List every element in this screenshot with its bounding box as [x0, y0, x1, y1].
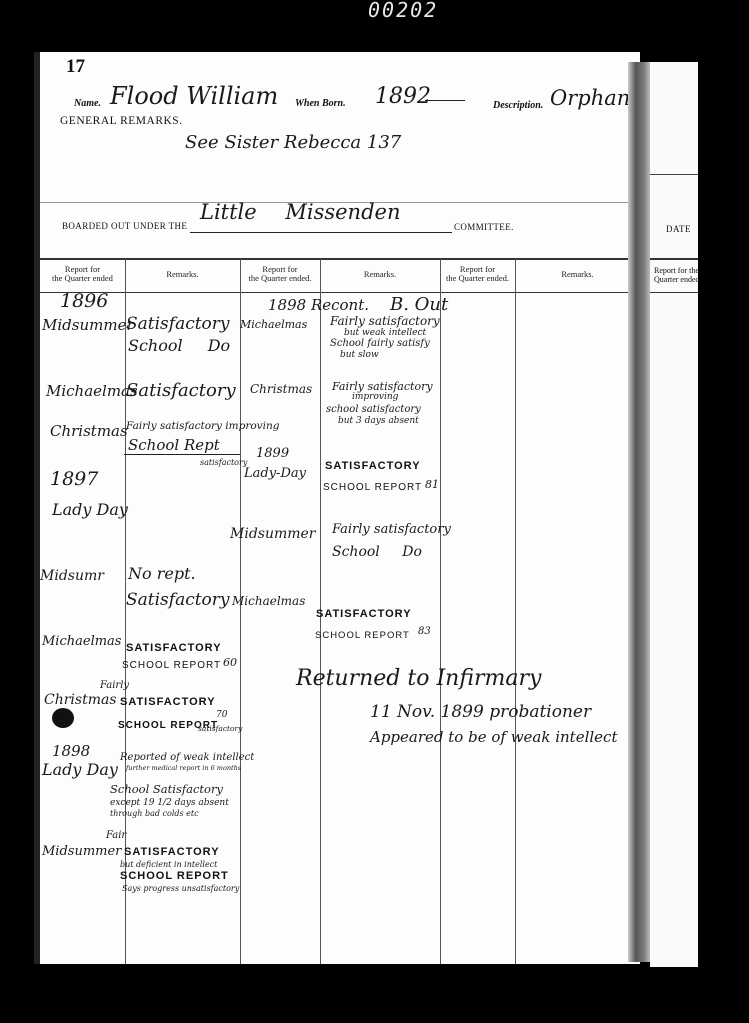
quarter-entry: Midsummer — [42, 844, 121, 859]
quarter-entry: Midsummer — [42, 316, 134, 334]
table-header-rule — [40, 292, 640, 293]
quarter-entry: Midsummer — [230, 526, 316, 542]
quarter-entry: Midsumr — [40, 568, 104, 584]
school-mark: 60 — [223, 656, 237, 669]
header-quarter-3: Report forthe Quarter ended. — [440, 265, 515, 283]
stamp-satisfactory: SATISFACTORY — [325, 460, 421, 472]
remark-entry: through bad colds etc — [110, 809, 199, 818]
book-gutter — [628, 62, 650, 962]
remark-entry: Fairly satisfactory — [330, 314, 440, 328]
remark-entry: School fairly satisfy — [330, 338, 430, 349]
stamp-school-report: SCHOOL REPORT — [122, 660, 221, 671]
remark-entry: Fairly satisfactory — [332, 522, 451, 537]
remark-entry: School Satisfactory — [110, 782, 223, 796]
year-1897: 1897 — [50, 468, 98, 490]
remark-entry: but weak intellect — [344, 328, 426, 338]
column-divider — [515, 259, 516, 964]
quarter-entry: Michaelmas — [232, 594, 305, 608]
header-remarks-3: Remarks. — [515, 270, 640, 279]
remark-entry: but 3 days absent — [338, 416, 419, 426]
table-header-rule — [650, 292, 698, 293]
remark-entry: Reported of weak intellect — [120, 752, 254, 763]
general-remarks-label: GENERAL REMARKS. — [60, 115, 183, 127]
remark-entry: Fairly — [100, 680, 129, 691]
frame-number: 00202 — [368, 0, 438, 20]
year-1898: 1898 — [52, 742, 90, 760]
remark-entry: Satisfactory — [126, 314, 230, 334]
remark-entry: school satisfactory — [326, 404, 421, 415]
description-label: Description. — [493, 100, 543, 111]
divider — [650, 174, 698, 175]
stamp-satisfactory: SATISFACTORY — [316, 608, 412, 620]
remark-entry: Satisfactory — [126, 590, 230, 610]
school-mark: 81 — [425, 478, 439, 491]
quarter-entry: 1898 Recont. — [268, 296, 369, 314]
report-header: Report for the Quarter ended — [654, 266, 698, 284]
header-quarter-2: Report forthe Quarter ended. — [240, 265, 320, 283]
table-top-rule — [650, 258, 698, 260]
general-remarks-value: See Sister Rebecca 137 — [185, 132, 401, 153]
table-top-rule — [40, 258, 640, 260]
name-label: Name. — [74, 98, 101, 109]
remark-entry: but deficient in intellect — [120, 860, 217, 869]
header-remarks-2: Remarks. — [320, 270, 440, 279]
year-1896: 1896 — [60, 290, 108, 312]
description-value: Orphan — [550, 86, 630, 110]
header-quarter-1: Report forthe Quarter ended — [40, 265, 125, 283]
remark-entry: improving — [352, 392, 398, 402]
remark-entry: School Do — [332, 544, 422, 560]
quarter-entry: Christmas — [50, 422, 128, 440]
intellect-note: Appeared to be of weak intellect — [370, 728, 617, 746]
born-underline — [425, 100, 465, 101]
remark-entry: School Rept — [128, 436, 220, 454]
remark-entry: except 19 1/2 days absent — [110, 798, 229, 808]
school-mark: 70 — [216, 710, 227, 720]
boarded-value: Little Missenden — [200, 200, 400, 224]
quarter-entry: Michaelmas — [240, 318, 307, 331]
remark-entry: but slow — [340, 350, 379, 360]
remark-entry: Fair — [106, 830, 126, 841]
committee-label: COMMITTEE. — [454, 222, 514, 232]
column-divider — [240, 259, 241, 964]
born-label: When Born. — [295, 98, 346, 109]
ink-blot — [52, 708, 74, 728]
quarter-entry: Lady Day — [42, 760, 118, 779]
quarter-entry: Michaelmas — [46, 382, 138, 400]
remark-entry: Says progress unsatisfactory — [122, 884, 239, 893]
stamp-satisfactory: SATISFACTORY — [120, 696, 216, 708]
quarter-entry: Lady-Day — [244, 466, 306, 481]
school-mark: 83 — [418, 626, 431, 637]
born-value: 1892 — [375, 84, 431, 109]
quarter-entry: Christmas — [44, 692, 117, 708]
facing-page: DATE Report for the Quarter ended — [650, 62, 698, 967]
remark-entry: satisfactory — [200, 458, 247, 467]
entry-underline — [124, 454, 240, 455]
stamp-school-report: SCHOOL REPORT — [323, 482, 422, 493]
returned-note: Returned to Infirmary — [296, 666, 541, 691]
stamp-satisfactory: SATISFACTORY — [126, 642, 222, 654]
remark-entry: Fairly satisfactory improving — [126, 420, 279, 432]
stamp-school-report: SCHOOL REPORT — [315, 630, 410, 641]
committee-underline — [190, 232, 452, 233]
remark-entry: further medical report in 6 months — [126, 764, 241, 772]
quarter-entry: Lady Day — [52, 500, 128, 519]
boarded-label: BOARDED OUT UNDER THE — [62, 221, 187, 231]
remark-entry: Satisfactory — [126, 380, 236, 401]
quarter-entry: Christmas — [250, 382, 312, 396]
remark-entry: satisfactory — [198, 724, 242, 733]
date-label: DATE — [666, 224, 691, 234]
header-remarks-1: Remarks. — [125, 270, 240, 279]
remark-entry: No rept. — [128, 564, 196, 583]
quarter-entry: Michaelmas — [42, 634, 121, 649]
stamp-satisfactory: SATISFACTORY — [124, 846, 220, 858]
remark-entry: B. Out — [390, 294, 448, 315]
name-value: Flood William — [110, 82, 278, 110]
stamp-school-report: SCHOOL REPORT — [120, 870, 229, 882]
column-divider — [125, 259, 126, 964]
year-1899: 1899 — [256, 446, 289, 461]
register-page: 17 Name. Flood William When Born. 1892 D… — [40, 52, 640, 964]
remark-entry: School Do — [128, 336, 230, 355]
returned-date-note: 11 Nov. 1899 probationer — [370, 702, 591, 722]
column-divider — [440, 259, 441, 964]
record-number: 17 — [66, 56, 85, 78]
